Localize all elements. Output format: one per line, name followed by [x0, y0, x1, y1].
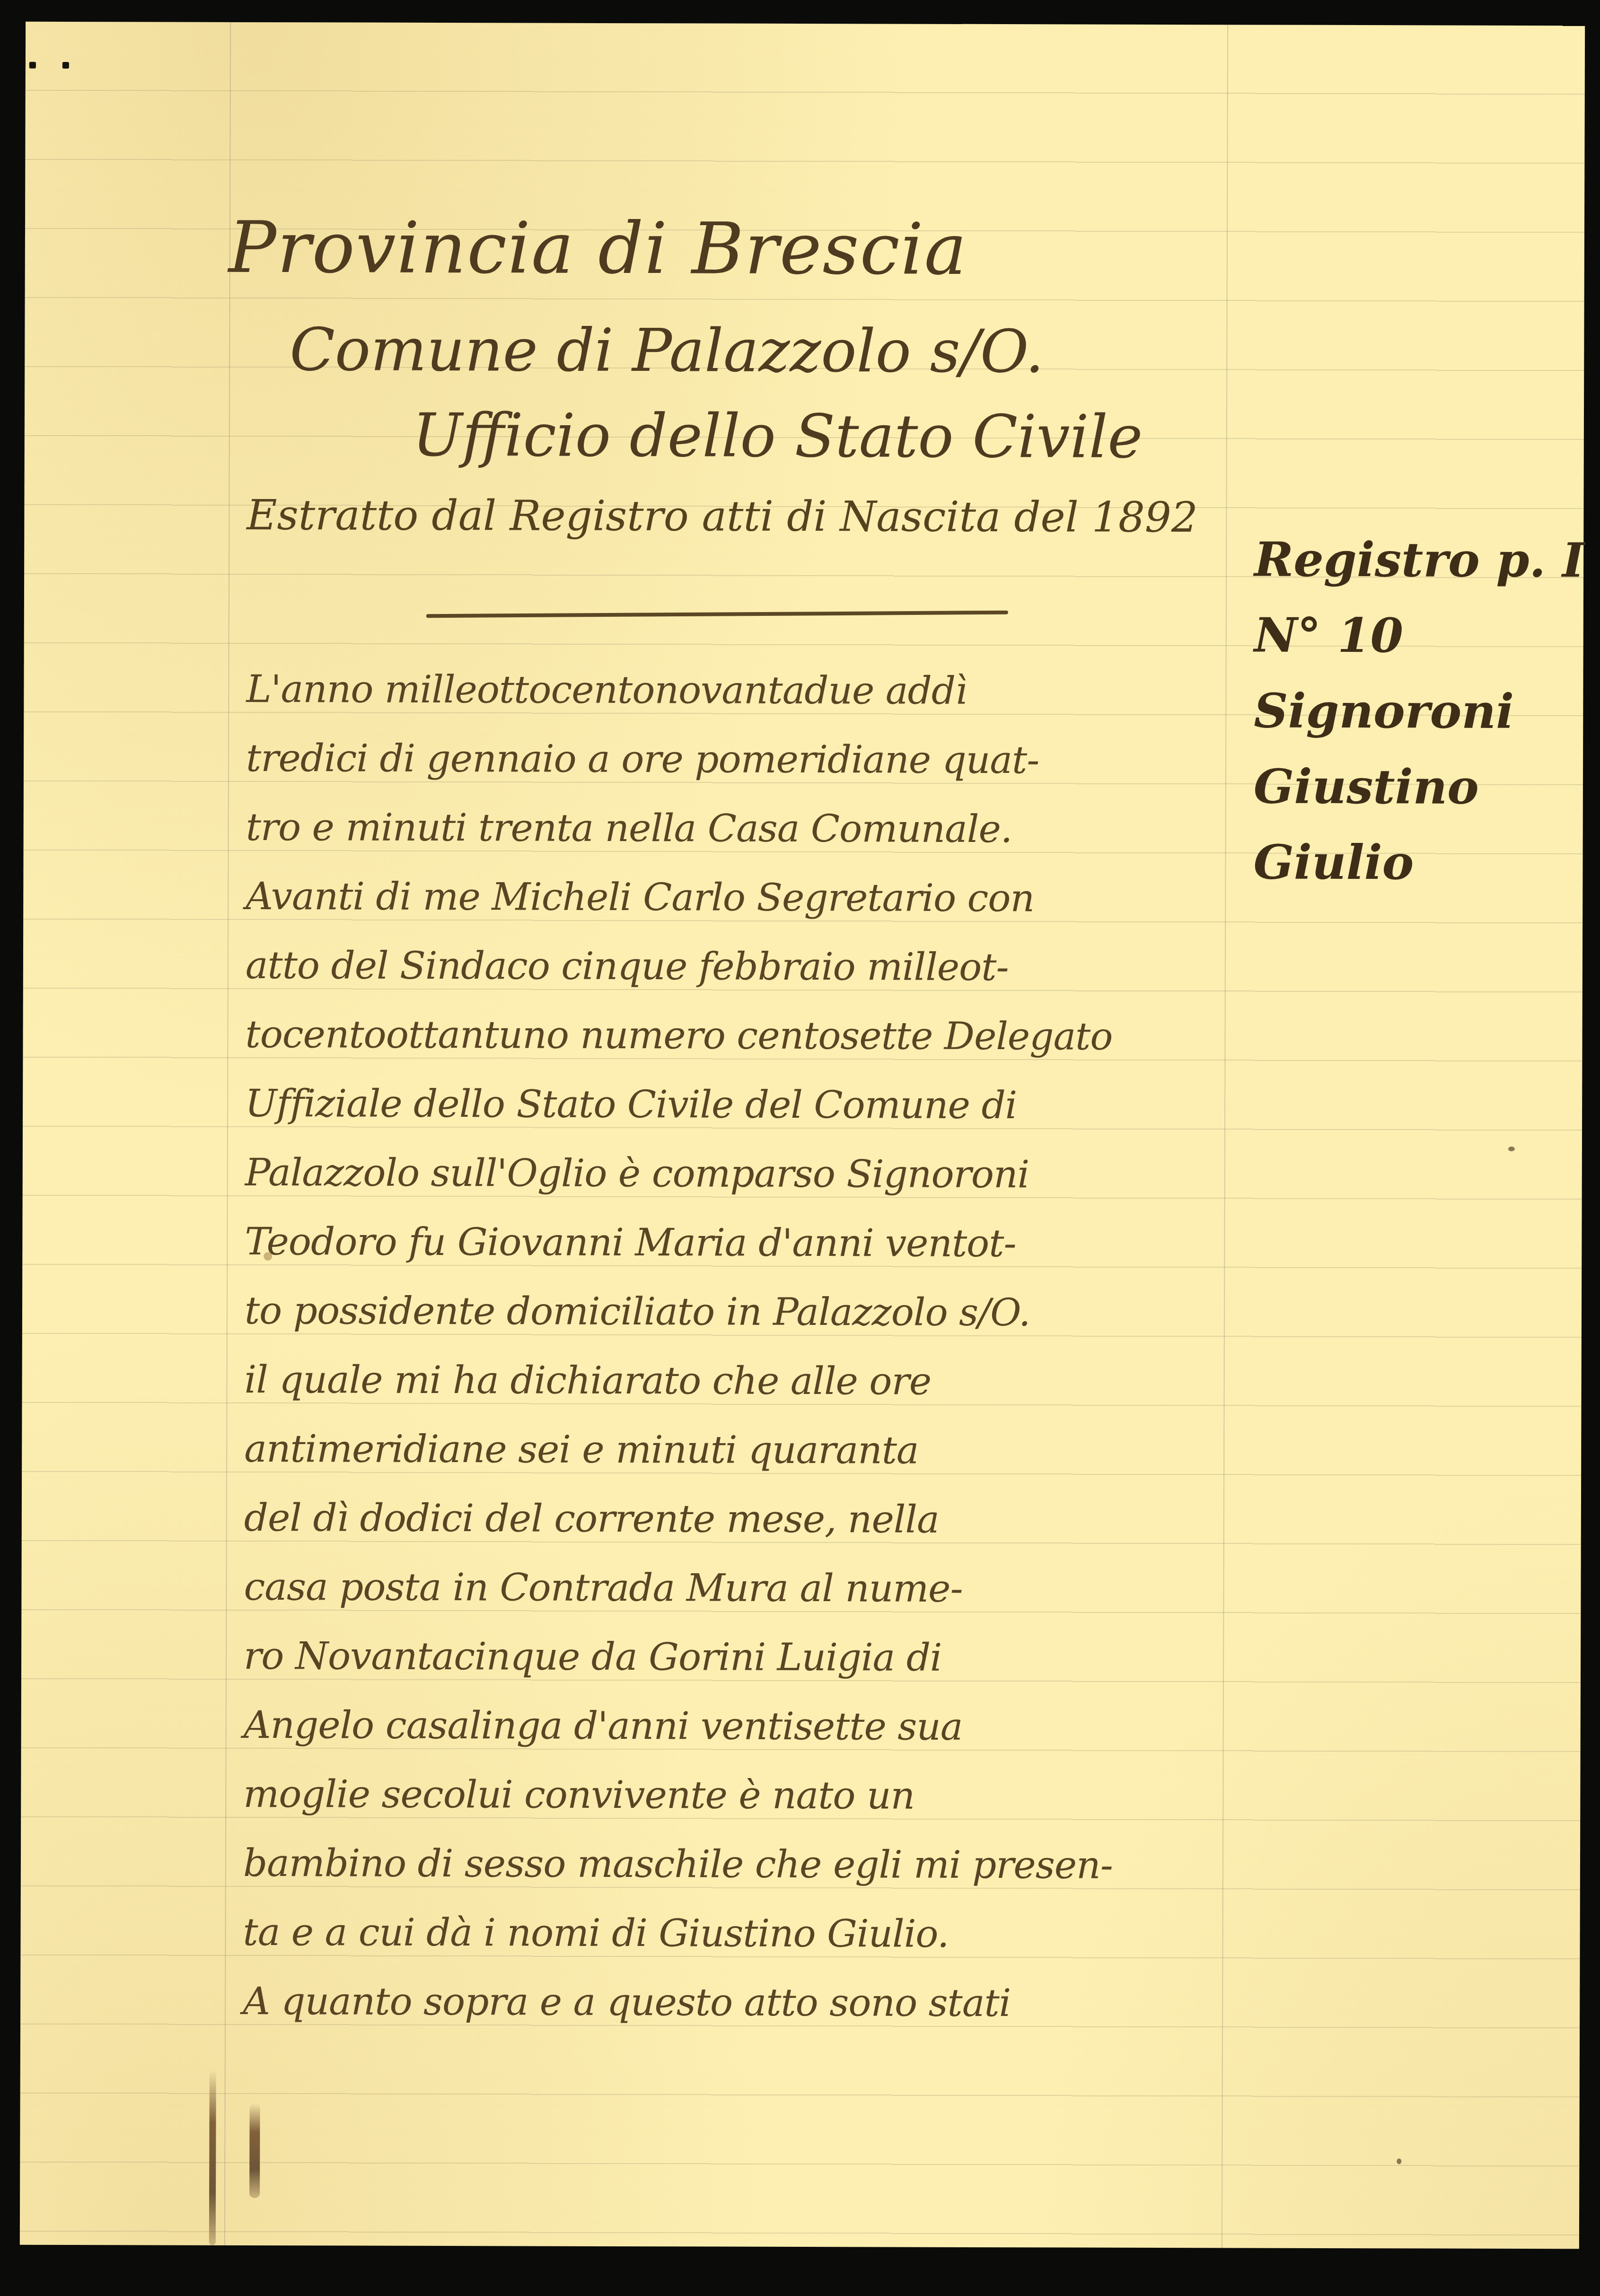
body-line: antimeridiane sei e minuti quaranta [244, 1420, 1238, 1492]
body-line: Avanti di me Micheli Carlo Segretario co… [246, 868, 1239, 939]
margin-annotation: Registro p. I N° 10 Signoroni Giustino G… [1253, 521, 1584, 901]
margin-number: N° 10 [1254, 597, 1584, 674]
ink-stain-mark [209, 2070, 216, 2245]
body-line: Uffiziale dello Stato Civile del Comune … [245, 1075, 1239, 1147]
body-line: il quale mi ha dichiarato che alle ore [244, 1351, 1238, 1423]
margin-surname: Signoroni [1254, 673, 1584, 749]
body-line: tocentoottantuno numero centosette Deleg… [245, 1006, 1239, 1078]
paper-speck [1508, 1147, 1515, 1151]
heading-province: Provincia di Brescia [229, 207, 968, 291]
left-margin-rule [224, 22, 231, 2245]
body-line: Teodoro fu Giovanni Maria d'anni ventot- [245, 1213, 1238, 1285]
heading-office: Ufficio dello Stato Civile [413, 401, 1143, 472]
body-line: ro Novantacinque da Gorini Luigia di [244, 1628, 1237, 1699]
heading-municipality: Comune di Palazzolo s/O. [290, 315, 1044, 386]
margin-first-name: Giustino [1254, 748, 1584, 825]
document-page: Provincia di Brescia Comune di Palazzolo… [20, 22, 1585, 2249]
body-line: atto del Sindaco cinque febbraio milleot… [246, 937, 1239, 1008]
body-line: moglie secolui convivente è nato un [243, 1766, 1237, 1837]
body-line: Angelo casalinga d'anni ventisette sua [244, 1697, 1237, 1768]
staple-hole [29, 62, 36, 69]
margin-register: Registro p. I [1254, 521, 1584, 598]
staple-hole [62, 62, 69, 69]
body-line: casa posta in Contrada Mura al nume- [244, 1559, 1237, 1630]
body-line: tredici di gennaio a ore pomeridiane qua… [246, 730, 1240, 801]
body-line: ta e a cui dà i nomi di Giustino Giulio. [243, 1904, 1236, 1975]
body-line: L'anno milleottocentonovantadue addì [246, 661, 1240, 732]
body-line: to possidente domiciliato in Palazzolo s… [245, 1282, 1238, 1354]
heading-underline [426, 611, 1008, 618]
record-body: L'anno milleottocentonovantadue addì tre… [243, 661, 1240, 2044]
body-line: bambino di sesso maschile che egli mi pr… [243, 1835, 1237, 1906]
paper-speck [264, 1252, 272, 1261]
body-line: tro e minuti trenta nella Casa Comunale. [246, 799, 1239, 870]
body-line: Palazzolo sull'Oglio è comparso Signoron… [245, 1144, 1239, 1216]
ink-stain-mark [249, 2103, 260, 2198]
subtitle-register-extract: Estratto dal Registro atti di Nascita de… [246, 491, 1198, 542]
margin-second-name: Giulio [1253, 824, 1583, 901]
paper-speck [1397, 2158, 1401, 2164]
body-line: A quanto sopra e a questo atto sono stat… [243, 1973, 1236, 2044]
body-line: del dì dodici del corrente mese, nella [244, 1490, 1238, 1561]
